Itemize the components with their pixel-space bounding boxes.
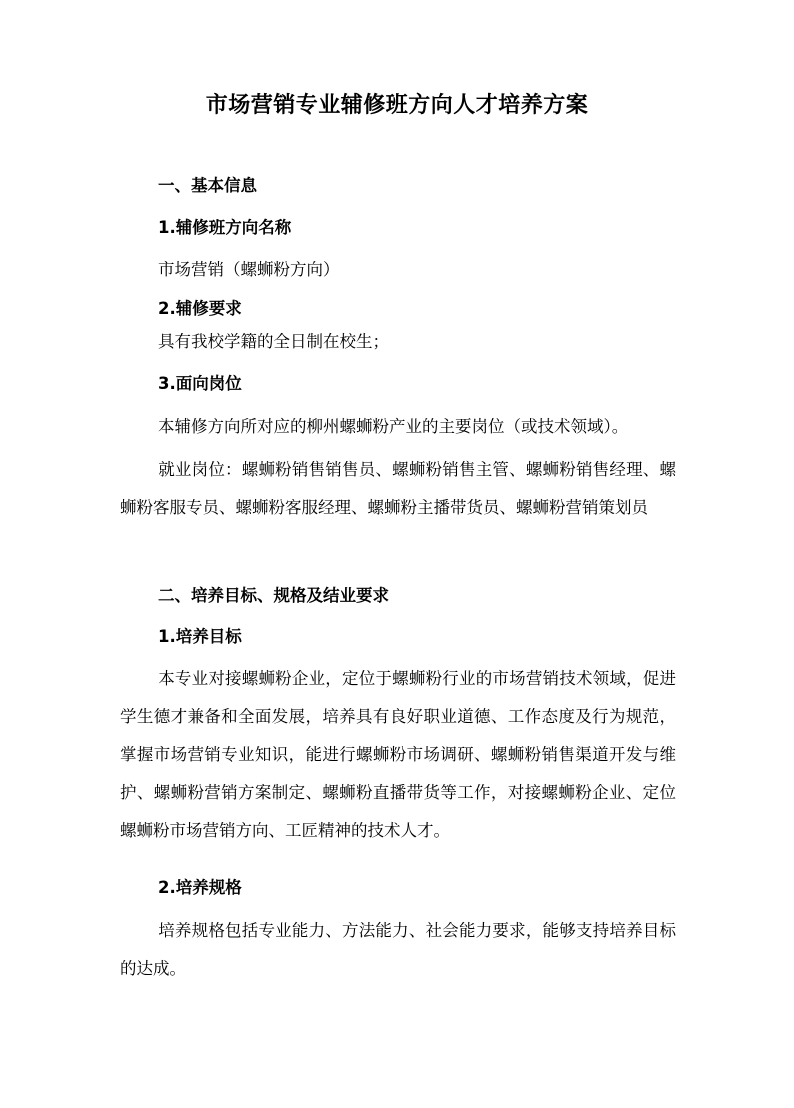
- subsection-heading-requirements: 2.辅修要求: [158, 298, 242, 320]
- subsection-heading-training-spec: 2.培养规格: [158, 877, 242, 899]
- subsection-heading-positions: 3.面向岗位: [158, 373, 242, 395]
- paragraph-direction-name: 市场营销（螺蛳粉方向）: [158, 259, 340, 281]
- subsection-heading-direction-name: 1.辅修班方向名称: [158, 217, 291, 239]
- paragraph-training-spec: 培养规格包括专业能力、方法能力、社会能力要求，能够支持培养目标的达成。: [120, 912, 676, 988]
- document-page: 市场营销专业辅修班方向人才培养方案 一、基本信息 1.辅修班方向名称 市场营销（…: [0, 0, 794, 1108]
- paragraph-positions-intro: 本辅修方向所对应的柳州螺蛳粉产业的主要岗位（或技术领域）。: [120, 408, 676, 446]
- document-title: 市场营销专业辅修班方向人才培养方案: [0, 88, 794, 119]
- subsection-heading-training-goal: 1.培养目标: [158, 626, 242, 648]
- paragraph-job-positions: 就业岗位：螺蛳粉销售销售员、螺蛳粉销售主管、螺蛳粉销售经理、螺蛳粉客服专员、螺蛳…: [120, 451, 676, 527]
- section-heading-basic-info: 一、基本信息: [158, 175, 257, 197]
- section-heading-goals: 二、培养目标、规格及结业要求: [158, 585, 389, 607]
- paragraph-training-goal: 本专业对接螺蛳粉企业，定位于螺蛳粉行业的市场营销技术领域，促进学生德才兼备和全面…: [120, 660, 676, 850]
- paragraph-requirements: 具有我校学籍的全日制在校生；: [158, 331, 389, 353]
